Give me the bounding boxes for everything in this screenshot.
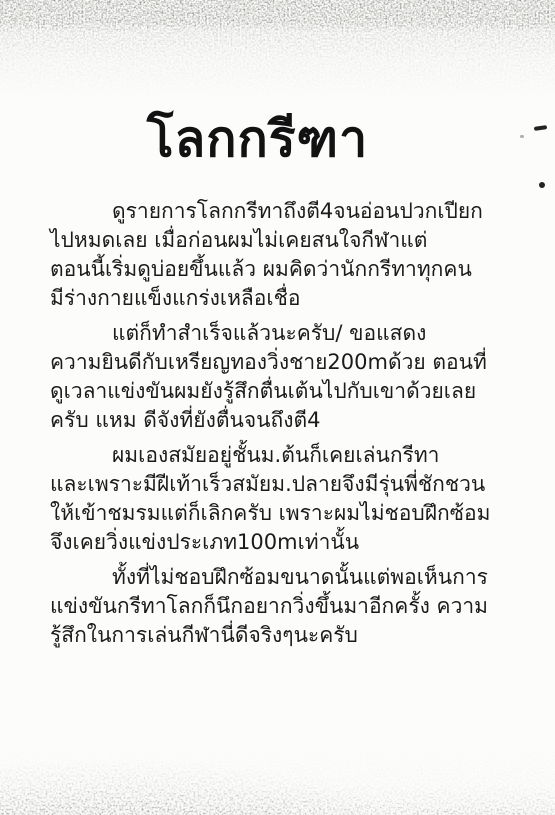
text-line: มีร่างกายแข็งแกร่งเหลือเชื่อ <box>50 284 527 313</box>
page-title: โลกกรีฑา <box>0 106 515 171</box>
ink-speck-faint <box>520 135 524 138</box>
scan-noise-top <box>0 0 555 100</box>
text-line: รู้สึกในการเล่นกีฬานี่ดีจริงๆนะครับ <box>50 621 527 650</box>
paragraph-2: แต่ก็ทำสำเร็จแล้วนะครับ/ ขอแสดง ความยินด… <box>50 319 527 435</box>
ink-speck-dot <box>539 182 545 188</box>
paragraph-3: ผมเองสมัยอยู่ชั้นม.ต้นก็เคยเล่นกรีทา และ… <box>50 441 527 557</box>
text-line: แข่งขันกรีทาโลกก็นึกอยากวิ่งขึ้นมาอีกครั… <box>50 592 527 621</box>
paragraph-1: ดูรายการโลกกรีทาถึงตี4จนอ่อนปวกเปียก ไปห… <box>50 197 527 313</box>
text-line: ให้เข้าชมรมแต่ก็เลิกครับ เพราะผมไม่ชอบฝึ… <box>50 499 527 528</box>
scan-noise-bottom <box>0 740 555 815</box>
text-line: ทั้งที่ไม่ชอบฝึกซ้อมขนาดนั้นแต่พอเห็นการ <box>50 563 527 592</box>
text-line: ตอนนี้เริ่มดูบ่อยขึ้นแล้ว ผมคิดว่านักกรี… <box>50 255 527 284</box>
text-line: ผมเองสมัยอยู่ชั้นม.ต้นก็เคยเล่นกรีทา <box>50 441 527 470</box>
text-line: ดูรายการโลกกรีทาถึงตี4จนอ่อนปวกเปียก <box>50 197 527 226</box>
text-line: ดูเวลาแข่งขันผมยังรู้สึกตื่นเต้นไปกับเขา… <box>50 377 527 406</box>
text-line: ไปหมดเลย เมื่อก่อนผมไม่เคยสนใจกีฬาแต่ <box>50 226 527 255</box>
text-line: จึงเคยวิ่งแข่งประเภท100mเท่านั้น <box>50 528 527 557</box>
handwritten-text: ดูรายการโลกกรีทาถึงตี4จนอ่อนปวกเปียก ไปห… <box>0 197 555 650</box>
text-line: ความยินดีกับเหรียญทองวิ่งชาย200mด้วย ตอน… <box>50 348 527 377</box>
text-line: แต่ก็ทำสำเร็จแล้วนะครับ/ ขอแสดง <box>50 319 527 348</box>
ink-speck-dash <box>534 125 547 131</box>
paragraph-4: ทั้งที่ไม่ชอบฝึกซ้อมขนาดนั้นแต่พอเห็นการ… <box>50 563 527 650</box>
scanned-page: โลกกรีฑา ดูรายการโลกกรีทาถึงตี4จนอ่อนปวก… <box>0 0 555 815</box>
text-line: ครับ แหม ดีจังที่ยังตื่นจนถึงตี4 <box>50 406 527 435</box>
text-line: และเพราะมีฝีเท้าเร็วสมัยม.ปลายจึงมีรุ่นพ… <box>50 470 527 499</box>
